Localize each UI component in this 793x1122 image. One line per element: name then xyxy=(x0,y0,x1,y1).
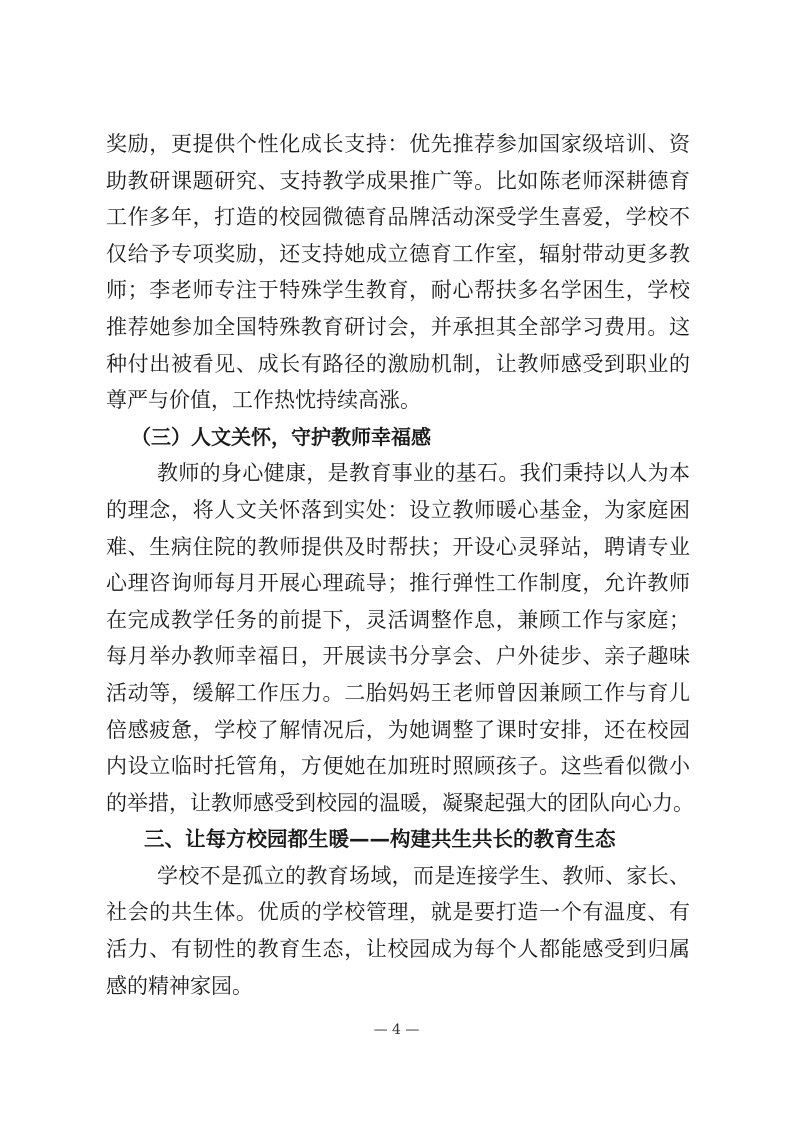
text-line: 工作多年，打造的校园微德育品牌活动深受学生喜爱，学校不 xyxy=(106,199,690,236)
text-line: 活力、有韧性的教育生态，让校园成为每个人都能感受到归属 xyxy=(106,931,690,968)
text-line: 的理念，将人文关怀落到实处：设立教师暖心基金，为家庭困 xyxy=(106,492,690,529)
text-line: 倍感疲惫，学校了解情况后，为她调整了课时安排，还在校园 xyxy=(106,712,690,749)
text-line: 学校不是孤立的教育场域，而是连接学生、教师、家长、 xyxy=(106,858,690,895)
subheading-humanistic-care: （三）人文关怀，守护教师幸福感 xyxy=(106,419,690,456)
paragraph-teacher-wellbeing: 教师的身心健康，是教育事业的基石。我们秉持以人为本 的理念，将人文关怀落到实处：… xyxy=(106,455,690,821)
text-line: 活动等，缓解工作压力。二胎妈妈王老师曾因兼顾工作与育儿 xyxy=(106,675,690,712)
paragraph-ecosystem: 学校不是孤立的教育场域，而是连接学生、教师、家长、 社会的共生体。优质的学校管理… xyxy=(106,858,690,1004)
document-page: 奖励，更提供个性化成长支持：优先推荐参加国家级培训、资 助教研课题研究、支持教学… xyxy=(106,126,690,1004)
text-line: 心理咨询师每月开展心理疏导；推行弹性工作制度，允许教师 xyxy=(106,565,690,602)
text-line: 在完成教学任务的前提下，灵活调整作息，兼顾工作与家庭； xyxy=(106,602,690,639)
text-line: 推荐她参加全国特殊教育研讨会，并承担其全部学习费用。这 xyxy=(106,309,690,346)
text-line: 助教研课题研究、支持教学成果推广等。比如陈老师深耕德育 xyxy=(106,163,690,200)
text-line: 的举措，让教师感受到校园的温暖，凝聚起强大的团队向心力。 xyxy=(106,785,690,822)
text-line: 感的精神家园。 xyxy=(106,968,690,1005)
paragraph-incentive: 奖励，更提供个性化成长支持：优先推荐参加国家级培训、资 助教研课题研究、支持教学… xyxy=(106,126,690,419)
page-number: — 4 — xyxy=(0,1022,793,1038)
text-line: 社会的共生体。优质的学校管理，就是要打造一个有温度、有 xyxy=(106,894,690,931)
text-line: 尊严与价值，工作热忱持续高涨。 xyxy=(106,382,690,419)
text-line: 奖励，更提供个性化成长支持：优先推荐参加国家级培训、资 xyxy=(106,126,690,163)
text-line: 种付出被看见、成长有路径的激励机制，让教师感受到职业的 xyxy=(106,346,690,383)
text-line: 难、生病住院的教师提供及时帮扶；开设心灵驿站，聘请专业 xyxy=(106,529,690,566)
section-heading-education-ecosystem: 三、让每方校园都生暖——构建共生共长的教育生态 xyxy=(106,821,690,858)
text-line: 每月举办教师幸福日，开展读书分享会、户外徒步、亲子趣味 xyxy=(106,638,690,675)
text-line: 师；李老师专注于特殊学生教育，耐心帮扶多名学困生，学校 xyxy=(106,272,690,309)
text-line: 内设立临时托管角，方便她在加班时照顾孩子。这些看似微小 xyxy=(106,748,690,785)
text-line: 教师的身心健康，是教育事业的基石。我们秉持以人为本 xyxy=(106,455,690,492)
text-line: 仅给予专项奖励，还支持她成立德育工作室，辐射带动更多教 xyxy=(106,236,690,273)
